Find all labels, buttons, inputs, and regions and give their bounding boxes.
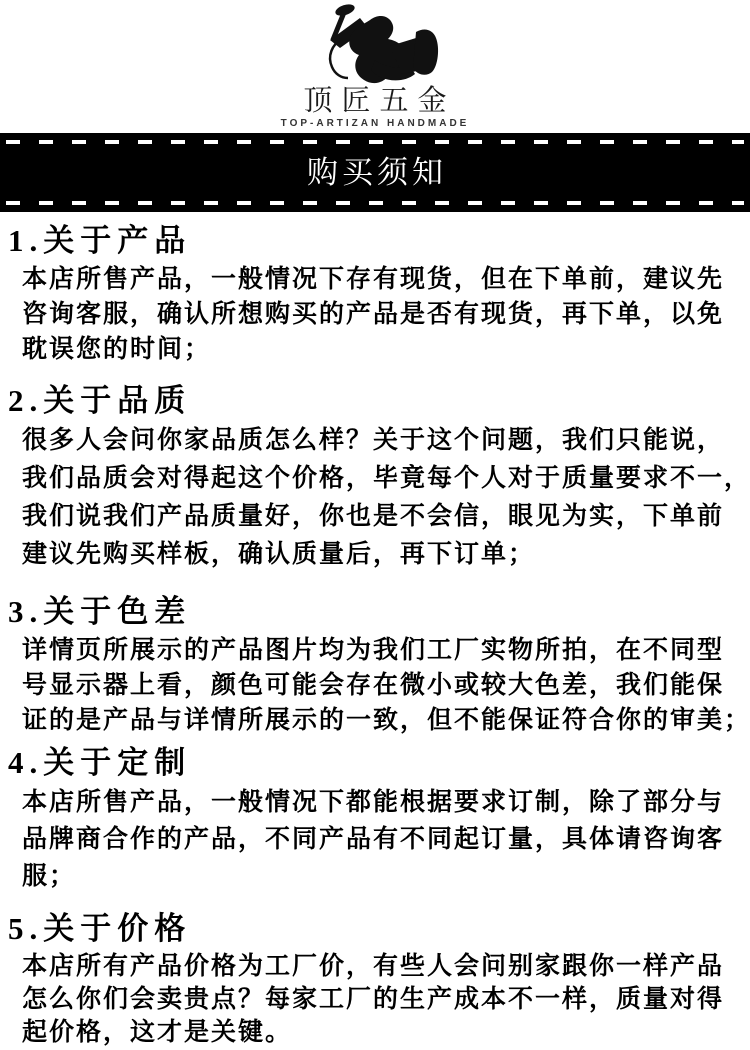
section-about-product: 1.关于产品 本店所售产品，一般情况下存有现货，但在下单前，建议先 咨询客服，确… [0,220,750,367]
section-heading: 1.关于产品 [8,220,750,262]
notice-content: 1.关于产品 本店所售产品，一般情况下存有现货，但在下单前，建议先 咨询客服，确… [0,220,750,1049]
banner-title: 购买须知 [0,155,750,191]
body-line: 号显示器上看，颜色可能会存在微小或较大色差，我们能保 [22,668,750,703]
section-heading: 5.关于价格 [8,908,750,950]
section-body: 本店所有产品价格为工厂价，有些人会问别家跟你一样产品 怎么你们会卖贵点？每家工厂… [22,950,750,1049]
body-line: 本店所有产品价格为工厂价，有些人会问别家跟你一样产品 [22,950,750,983]
brand-tagline: TOP-ARTIZAN HANDMADE [281,118,470,129]
section-body: 本店所售产品，一般情况下存有现货，但在下单前，建议先 咨询客服，确认所想购买的产… [22,262,750,367]
body-line: 怎么你们会卖贵点？每家工厂的生产成本不一样，质量对得 [22,983,750,1016]
section-about-price: 5.关于价格 本店所有产品价格为工厂价，有些人会问别家跟你一样产品 怎么你们会卖… [0,908,750,1049]
body-line: 品牌商合作的产品，不同产品有不同起订量，具体请咨询客 [22,821,750,858]
body-line: 我们说我们产品质量好，你也是不会信，眼见为实，下单前 [22,498,750,536]
body-line: 起价格，这才是关键。 [22,1016,750,1049]
section-about-quality: 2.关于品质 很多人会问你家品质怎么样？关于这个问题，我们只能说， 我们品质会对… [0,380,750,574]
body-line: 服； [22,858,750,895]
brand-name: 顶匠五金 [294,86,455,116]
section-about-color-difference: 3.关于色差 详情页所展示的产品图片均为我们工厂实物所拍，在不同型 号显示器上看… [0,591,750,738]
notice-banner: 购买须知 [0,133,750,212]
body-line: 证的是产品与详情所展示的一致，但不能保证符合你的审美； [22,703,750,738]
section-body: 详情页所展示的产品图片均为我们工厂实物所拍，在不同型 号显示器上看，颜色可能会存… [22,633,750,738]
body-line: 本店所售产品，一般情况下都能根据要求订制，除了部分与 [22,784,750,821]
banner-top-dashes [6,140,744,144]
section-heading: 4.关于定制 [8,742,750,784]
body-line: 我们品质会对得起这个价格，毕竟每个人对于质量要求不一， [22,460,750,498]
section-about-customization: 4.关于定制 本店所售产品，一般情况下都能根据要求订制，除了部分与 品牌商合作的… [0,742,750,895]
section-heading: 3.关于色差 [8,591,750,633]
body-line: 耽误您的时间； [22,332,750,367]
brand-header: 顶匠五金 TOP-ARTIZAN HANDMADE [0,0,750,133]
body-line: 详情页所展示的产品图片均为我们工厂实物所拍，在不同型 [22,633,750,668]
section-heading: 2.关于品质 [8,380,750,422]
craftsman-logo-icon [290,2,460,86]
section-body: 很多人会问你家品质怎么样？关于这个问题，我们只能说， 我们品质会对得起这个价格，… [22,422,750,574]
section-body: 本店所售产品，一般情况下都能根据要求订制，除了部分与 品牌商合作的产品，不同产品… [22,784,750,895]
banner-bottom-dashes [6,201,744,205]
purchase-notice-page: 顶匠五金 TOP-ARTIZAN HANDMADE 购买须知 1.关于产品 本店… [0,0,750,1050]
body-line: 很多人会问你家品质怎么样？关于这个问题，我们只能说， [22,422,750,460]
body-line: 建议先购买样板，确认质量后，再下订单； [22,536,750,574]
body-line: 本店所售产品，一般情况下存有现货，但在下单前，建议先 [22,262,750,297]
body-line: 咨询客服，确认所想购买的产品是否有现货，再下单，以免 [22,297,750,332]
